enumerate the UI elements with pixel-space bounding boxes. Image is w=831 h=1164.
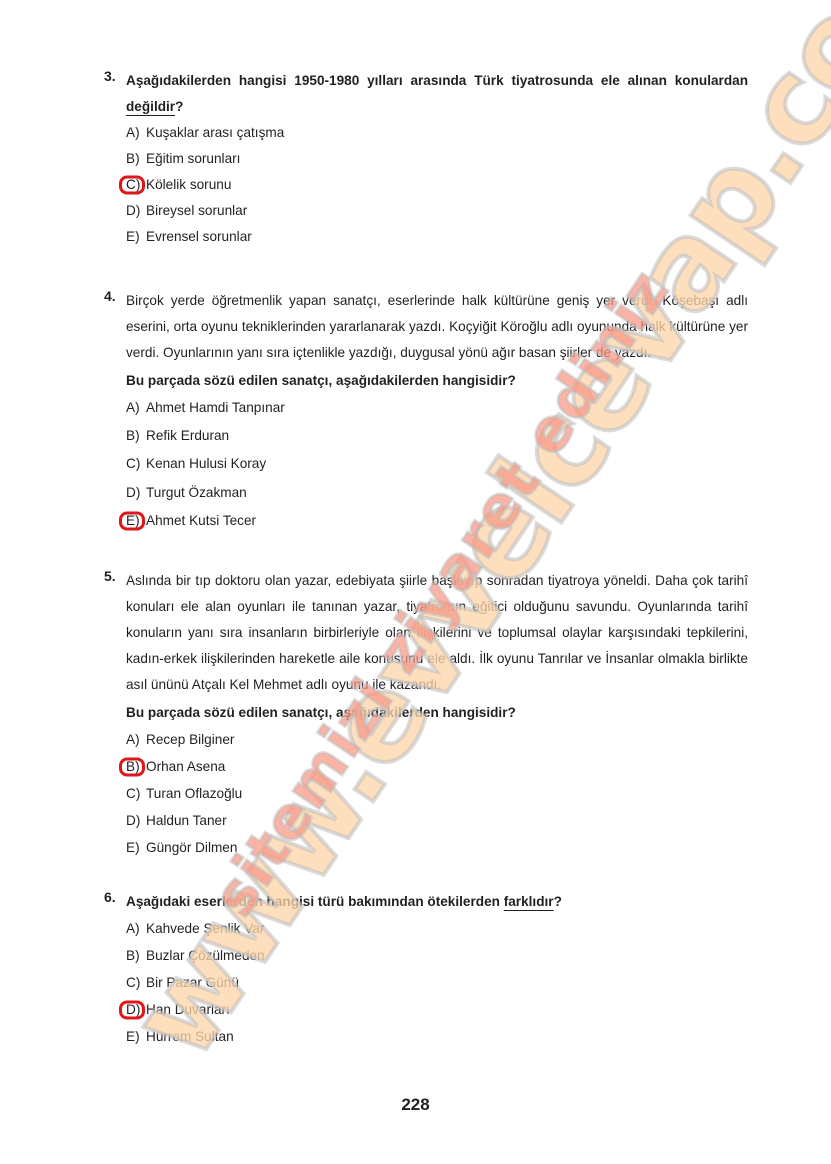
option-text: Kenan Hulusi Koray [146, 450, 266, 478]
option-a[interactable]: A)Recep Bilginer [126, 726, 748, 753]
option-b[interactable]: B)Buzlar Çözülmeden [126, 942, 748, 969]
option-e[interactable]: E)Güngör Dilmen [126, 834, 748, 861]
option-a[interactable]: A)Ahmet Hamdi Tanpınar [126, 394, 748, 422]
option-text: Buzlar Çözülmeden [146, 942, 265, 969]
option-e[interactable]: E)Hürrem Sultan [126, 1023, 748, 1050]
option-text: Recep Bilginer [146, 726, 234, 753]
question-4: 4. Birçok yerde öğretmenlik yapan sanatç… [104, 288, 748, 535]
stem-end: ? [554, 894, 562, 909]
option-text: Ahmet Hamdi Tanpınar [146, 394, 285, 422]
option-c[interactable]: C)Kenan Hulusi Koray [126, 450, 748, 478]
option-b[interactable]: B)Orhan Asena [126, 753, 748, 780]
option-text: Kahvede Şenlik Var [146, 915, 264, 942]
option-c[interactable]: C)Turan Oflazoğlu [126, 780, 748, 807]
option-text: Orhan Asena [146, 753, 225, 780]
question-prompt: Bu parçada sözü edilen sanatçı, aşağıdak… [126, 700, 748, 726]
option-text: Turgut Özakman [146, 479, 247, 507]
option-d[interactable]: D)Bireysel sorunlar [126, 198, 748, 224]
option-text: Refik Erduran [146, 422, 229, 450]
option-letter: D) [126, 807, 146, 834]
answer-circle-mark [119, 757, 145, 776]
option-letter: E) [126, 834, 146, 861]
option-letter: E) [126, 1023, 146, 1050]
question-number: 6. [104, 889, 116, 905]
option-e[interactable]: E)Ahmet Kutsi Tecer [126, 507, 748, 535]
options-list: A)Kuşaklar arası çatışma B)Eğitim sorunl… [126, 120, 748, 250]
option-b[interactable]: B)Eğitim sorunları [126, 146, 748, 172]
stem-end: ? [175, 99, 183, 114]
stem-emphasis: farklıdır [504, 894, 554, 909]
question-stem: Aşağıdaki eserlerden hangisi türü bakımı… [126, 889, 748, 915]
options-list: A)Recep Bilginer B)Orhan Asena C)Turan O… [126, 726, 748, 861]
option-letter: A) [126, 726, 146, 753]
question-6: 6. Aşağıdaki eserlerden hangisi türü bak… [104, 889, 748, 1050]
option-text: Ahmet Kutsi Tecer [146, 507, 256, 535]
stem-emphasis: değildir [126, 99, 175, 114]
option-letter: C) [126, 969, 146, 996]
option-d[interactable]: D)Han Duvarları [126, 996, 748, 1023]
option-letter: B) [126, 146, 146, 172]
option-c[interactable]: C)Kölelik sorunu [126, 172, 748, 198]
option-letter: B) [126, 422, 146, 450]
option-text: Güngör Dilmen [146, 834, 237, 861]
question-5: 5. Aslında bir tıp doktoru olan yazar, e… [104, 568, 748, 861]
options-list: A)Ahmet Hamdi Tanpınar B)Refik Erduran C… [126, 394, 748, 535]
option-letter: D) [126, 479, 146, 507]
question-passage: Birçok yerde öğretmenlik yapan sanatçı, … [126, 288, 748, 366]
option-letter: C) [126, 780, 146, 807]
answer-circle-mark [119, 511, 145, 530]
option-text: Kuşaklar arası çatışma [146, 120, 284, 146]
option-a[interactable]: A)Kuşaklar arası çatışma [126, 120, 748, 146]
options-list: A)Kahvede Şenlik Var B)Buzlar Çözülmeden… [126, 915, 748, 1050]
page-number: 228 [0, 1095, 831, 1115]
option-text: Han Duvarları [146, 996, 230, 1023]
option-text: Bir Pazar Günü [146, 969, 239, 996]
question-3: 3. Aşağıdakilerden hangisi 1950-1980 yıl… [104, 68, 748, 250]
option-letter: A) [126, 394, 146, 422]
option-d[interactable]: D)Haldun Taner [126, 807, 748, 834]
question-number: 5. [104, 568, 116, 584]
option-letter: A) [126, 915, 146, 942]
option-text: Kölelik sorunu [146, 172, 231, 198]
stem-text: Aşağıdakilerden hangisi 1950-1980 yıllar… [126, 73, 748, 88]
question-passage: Aslında bir tıp doktoru olan yazar, edeb… [126, 568, 748, 698]
option-letter: B) [126, 942, 146, 969]
option-letter: C) [126, 450, 146, 478]
option-e[interactable]: E)Evrensel sorunlar [126, 224, 748, 250]
option-text: Hürrem Sultan [146, 1023, 234, 1050]
question-number: 4. [104, 288, 116, 304]
option-letter: A) [126, 120, 146, 146]
option-a[interactable]: A)Kahvede Şenlik Var [126, 915, 748, 942]
option-letter: D) [126, 198, 146, 224]
option-c[interactable]: C)Bir Pazar Günü [126, 969, 748, 996]
option-text: Turan Oflazoğlu [146, 780, 242, 807]
stem-text: Aşağıdaki eserlerden hangisi türü bakımı… [126, 894, 500, 909]
option-text: Eğitim sorunları [146, 146, 240, 172]
option-text: Evrensel sorunlar [146, 224, 252, 250]
option-text: Bireysel sorunlar [146, 198, 247, 224]
textbook-page: 3. Aşağıdakilerden hangisi 1950-1980 yıl… [0, 0, 831, 1164]
option-b[interactable]: B)Refik Erduran [126, 422, 748, 450]
option-d[interactable]: D)Turgut Özakman [126, 479, 748, 507]
question-number: 3. [104, 68, 116, 84]
question-stem: Aşağıdakilerden hangisi 1950-1980 yıllar… [126, 68, 748, 120]
option-text: Haldun Taner [146, 807, 227, 834]
answer-circle-mark [119, 1000, 145, 1019]
option-letter: E) [126, 224, 146, 250]
question-prompt: Bu parçada sözü edilen sanatçı, aşağıdak… [126, 368, 748, 394]
answer-circle-mark [119, 176, 145, 195]
